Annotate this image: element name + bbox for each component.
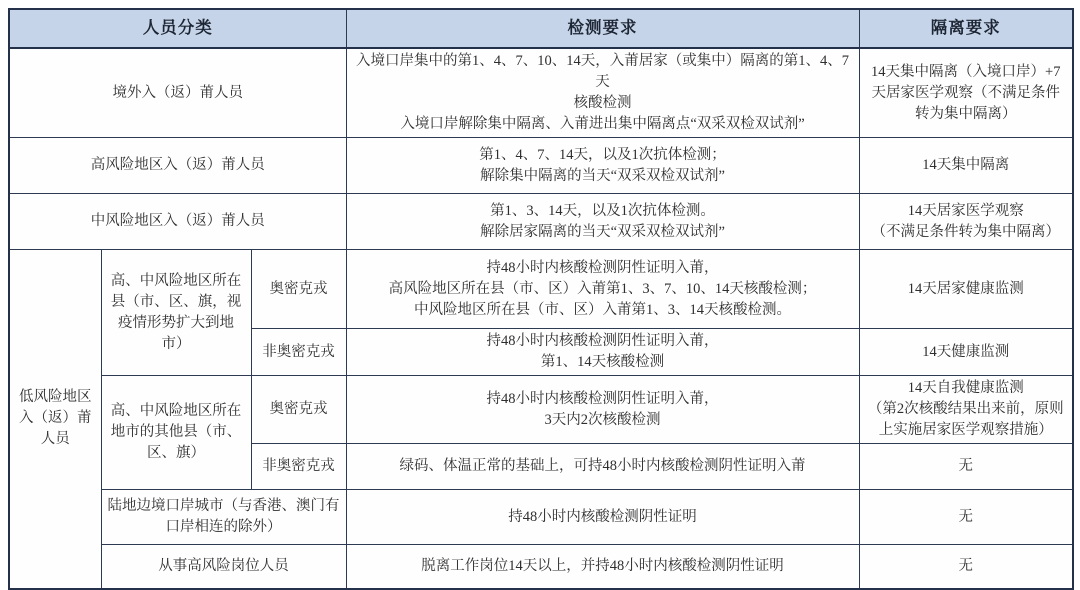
row-high-risk: 高风险地区入（返）莆人员 第1、4、7、14天，以及1次抗体检测； 解除集中隔离… [9, 138, 1073, 194]
low-risk-g1-variant-nonomicron: 非奥密克戎 [251, 329, 346, 376]
high-risk-isolation: 14天集中隔离 [859, 138, 1073, 194]
overseas-category: 境外入（返）莆人员 [9, 48, 346, 138]
low-risk-group2-area: 高、中风险地区所在地市的其他县（市、区、旗） [101, 376, 251, 490]
overseas-testing: 入境口岸集中的第1、4、7、10、14天，入莆居家（或集中）隔离的第1、4、7天… [346, 48, 859, 138]
header-testing: 检测要求 [346, 9, 859, 48]
table-header-row: 人员分类 检测要求 隔离要求 [9, 9, 1073, 48]
low-risk-g2-variant-nonomicron: 非奥密克戎 [251, 444, 346, 490]
requirements-table-container: 人员分类 检测要求 隔离要求 境外入（返）莆人员 入境口岸集中的第1、4、7、1… [8, 8, 1072, 570]
header-isolation: 隔离要求 [859, 9, 1073, 48]
low-risk-g2-variant-omicron: 奥密克戎 [251, 376, 346, 444]
high-risk-testing: 第1、4、7、14天，以及1次抗体检测； 解除集中隔离的当天“双采双检双试剂” [346, 138, 859, 194]
low-risk-g2-omicron-testing: 持48小时内核酸检测阴性证明入莆， 3天内2次核酸检测 [346, 376, 859, 444]
mid-risk-category: 中风险地区入（返）莆人员 [9, 194, 346, 250]
land-border-isolation: 无 [859, 490, 1073, 545]
row-land-border: 陆地边境口岸城市（与香港、澳门有口岸相连的除外） 持48小时内核酸检测阴性证明 … [9, 490, 1073, 545]
header-personnel: 人员分类 [9, 9, 346, 48]
land-border-testing: 持48小时内核酸检测阴性证明 [346, 490, 859, 545]
land-border-category: 陆地边境口岸城市（与香港、澳门有口岸相连的除外） [101, 490, 346, 545]
mid-risk-testing: 第1、3、14天，以及1次抗体检测。 解除居家隔离的当天“双采双检双试剂” [346, 194, 859, 250]
requirements-table: 人员分类 检测要求 隔离要求 境外入（返）莆人员 入境口岸集中的第1、4、7、1… [8, 8, 1074, 570]
low-risk-category: 低风险地区入（返）莆人员 [9, 250, 101, 570]
row-high-risk-job: 从事高风险岗位人员 脱离工作岗位14天以上，并持48小时内核酸检测阴性证明 无 [9, 545, 1073, 570]
low-risk-g1-variant-omicron: 奥密克戎 [251, 250, 346, 329]
low-risk-group1-area: 高、中风险地区所在县（市、区、旗，视疫情形势扩大到地市） [101, 250, 251, 376]
row-low-risk-g1-omicron: 低风险地区入（返）莆人员 高、中风险地区所在县（市、区、旗，视疫情形势扩大到地市… [9, 250, 1073, 329]
low-risk-g2-omicron-isolation: 14天自我健康监测 （第2次核酸结果出来前，原则上实施居家医学观察措施） [859, 376, 1073, 444]
high-risk-job-category: 从事高风险岗位人员 [101, 545, 346, 570]
high-risk-category: 高风险地区入（返）莆人员 [9, 138, 346, 194]
high-risk-job-isolation: 无 [859, 545, 1073, 570]
low-risk-g2-nonomicron-isolation: 无 [859, 444, 1073, 490]
row-mid-risk: 中风险地区入（返）莆人员 第1、3、14天，以及1次抗体检测。 解除居家隔离的当… [9, 194, 1073, 250]
low-risk-g1-omicron-testing: 持48小时内核酸检测阴性证明入莆， 高风险地区所在县（市、区）入莆第1、3、7、… [346, 250, 859, 329]
low-risk-g2-nonomicron-testing: 绿码、体温正常的基础上，可持48小时内核酸检测阴性证明入莆 [346, 444, 859, 490]
low-risk-g1-omicron-isolation: 14天居家健康监测 [859, 250, 1073, 329]
low-risk-g1-nonomicron-testing: 持48小时内核酸检测阴性证明入莆， 第1、14天核酸检测 [346, 329, 859, 376]
low-risk-g1-nonomicron-isolation: 14天健康监测 [859, 329, 1073, 376]
high-risk-job-testing: 脱离工作岗位14天以上，并持48小时内核酸检测阴性证明 [346, 545, 859, 570]
overseas-isolation: 14天集中隔离（入境口岸）+7天居家医学观察（不满足条件转为集中隔离） [859, 48, 1073, 138]
row-overseas: 境外入（返）莆人员 入境口岸集中的第1、4、7、10、14天，入莆居家（或集中）… [9, 48, 1073, 138]
mid-risk-isolation: 14天居家医学观察 （不满足条件转为集中隔离） [859, 194, 1073, 250]
row-low-risk-g2-omicron: 高、中风险地区所在地市的其他县（市、区、旗） 奥密克戎 持48小时内核酸检测阴性… [9, 376, 1073, 444]
